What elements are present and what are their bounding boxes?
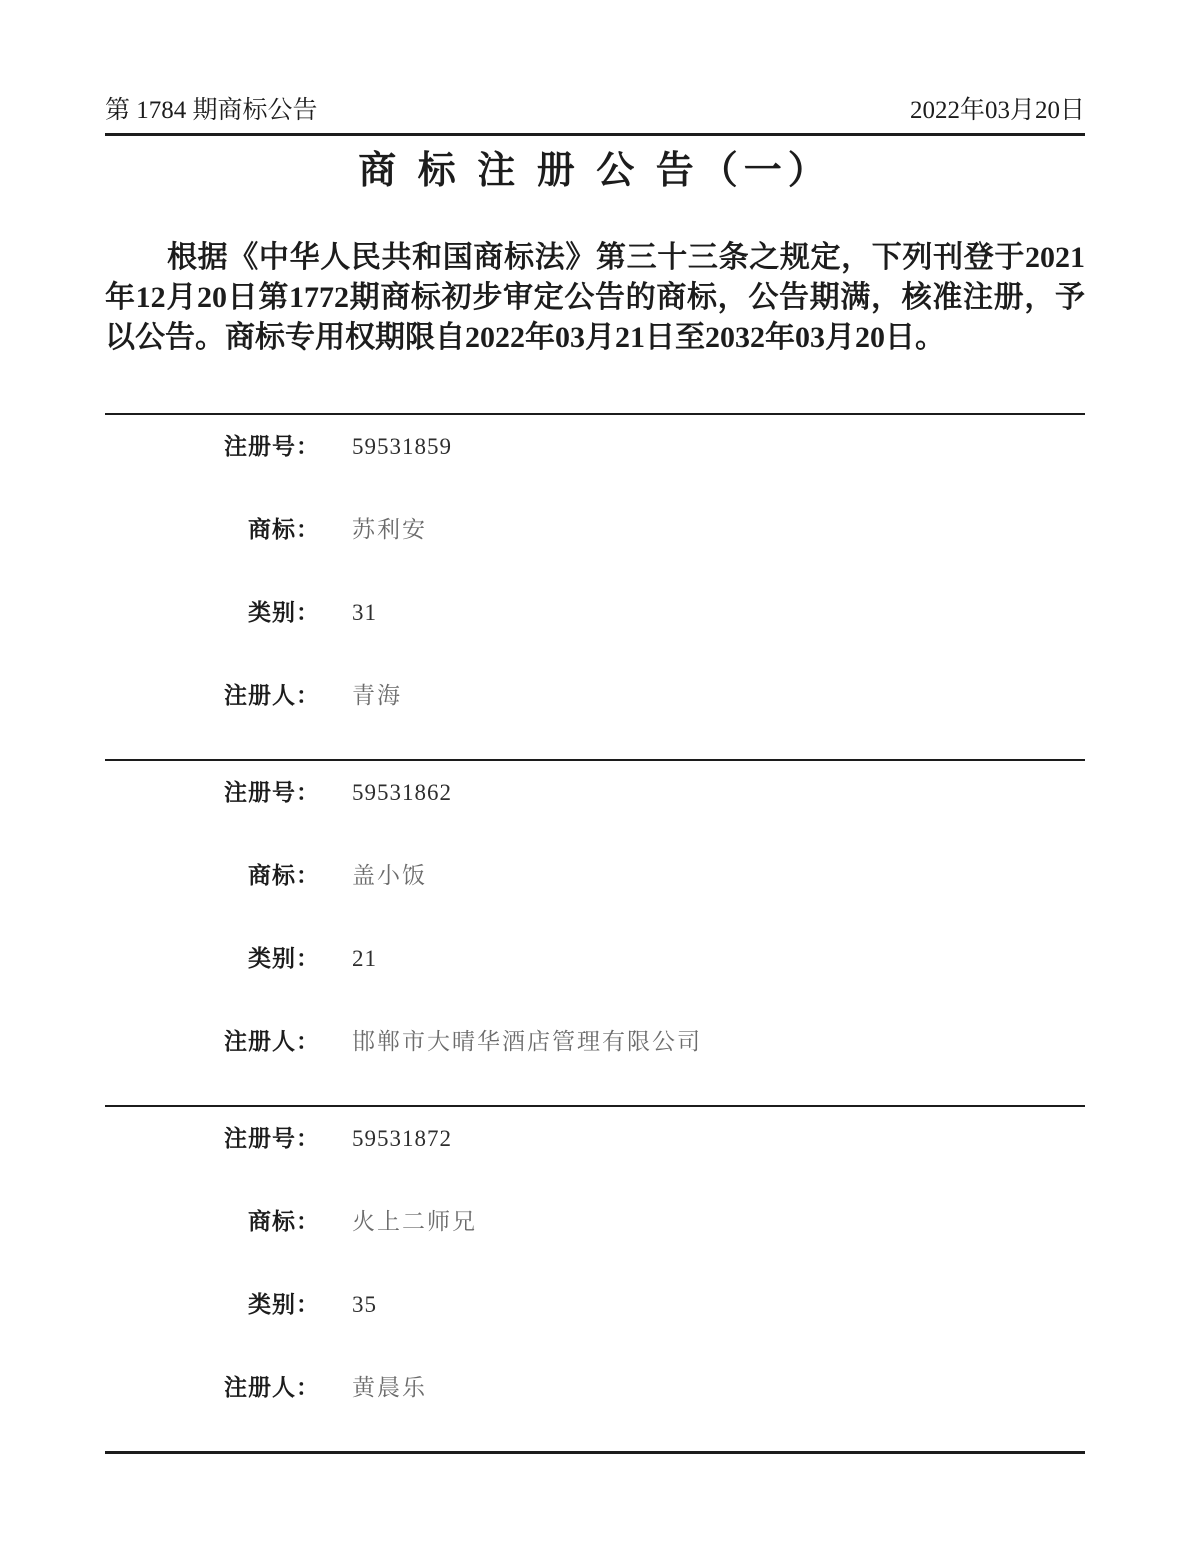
page-header: 第 1784 期商标公告 2022年03月20日 (105, 0, 1085, 126)
reg-number-label: 注册号： (105, 1123, 320, 1154)
reg-number-label: 注册号： (105, 431, 320, 462)
reg-number-value: 59531872 (352, 1123, 452, 1154)
class-label: 类别： (105, 1289, 320, 1320)
registrant-value: 邯郸市大晴华酒店管理有限公司 (352, 1026, 702, 1057)
class-label: 类别： (105, 943, 320, 974)
page-date: 2022年03月20日 (910, 96, 1085, 126)
reg-number-value: 59531859 (352, 431, 452, 462)
reg-number-value: 59531862 (352, 777, 452, 808)
class-row: 类别： 35 (105, 1289, 1085, 1320)
registrant-value: 青海 (352, 680, 402, 711)
class-row: 类别： 21 (105, 943, 1085, 974)
reg-number-row: 注册号： 59531859 (105, 431, 1085, 462)
trademark-value: 盖小饭 (352, 860, 427, 891)
class-value: 21 (352, 943, 377, 974)
reg-number-label: 注册号： (105, 777, 320, 808)
registrant-label: 注册人： (105, 1372, 320, 1403)
trademark-label: 商标： (105, 514, 320, 545)
records-list: 注册号： 59531859 商标： 苏利安 类别： 31 注册人： 青海 (105, 413, 1085, 1454)
class-row: 类别： 31 (105, 597, 1085, 628)
registrant-row: 注册人： 黄晨乐 (105, 1372, 1085, 1403)
registrant-row: 注册人： 青海 (105, 680, 1085, 711)
reg-number-row: 注册号： 59531872 (105, 1123, 1085, 1154)
registrant-label: 注册人： (105, 1026, 320, 1057)
trademark-record: 注册号： 59531872 商标： 火上二师兄 类别： 35 注册人： 黄晨乐 (105, 1105, 1085, 1451)
trademark-label: 商标： (105, 860, 320, 891)
issue-label: 第 1784 期商标公告 (105, 96, 318, 126)
trademark-record: 注册号： 59531859 商标： 苏利安 类别： 31 注册人： 青海 (105, 413, 1085, 759)
trademark-row: 商标： 盖小饭 (105, 860, 1085, 891)
reg-number-row: 注册号： 59531862 (105, 777, 1085, 808)
trademark-record: 注册号： 59531862 商标： 盖小饭 类别： 21 注册人： 邯郸市大晴华… (105, 759, 1085, 1105)
trademark-row: 商标： 火上二师兄 (105, 1206, 1085, 1237)
trademark-row: 商标： 苏利安 (105, 514, 1085, 545)
class-value: 35 (352, 1289, 377, 1320)
registrant-label: 注册人： (105, 680, 320, 711)
bottom-rule (105, 1451, 1085, 1454)
trademark-label: 商标： (105, 1206, 320, 1237)
document-page: 第 1784 期商标公告 2022年03月20日 商 标 注 册 公 告（一） … (0, 0, 1190, 1564)
header-rule (105, 133, 1085, 136)
class-value: 31 (352, 597, 377, 628)
registrant-value: 黄晨乐 (352, 1372, 427, 1403)
trademark-value: 苏利安 (352, 514, 427, 545)
registrant-row: 注册人： 邯郸市大晴华酒店管理有限公司 (105, 1026, 1085, 1057)
class-label: 类别： (105, 597, 320, 628)
intro-paragraph: 根据《中华人民共和国商标法》第三十三条之规定，下列刊登于2021年12月20日第… (105, 238, 1085, 358)
page-content: 第 1784 期商标公告 2022年03月20日 商 标 注 册 公 告（一） … (105, 0, 1085, 1454)
page-title: 商 标 注 册 公 告（一） (105, 147, 1085, 195)
trademark-value: 火上二师兄 (352, 1206, 477, 1237)
